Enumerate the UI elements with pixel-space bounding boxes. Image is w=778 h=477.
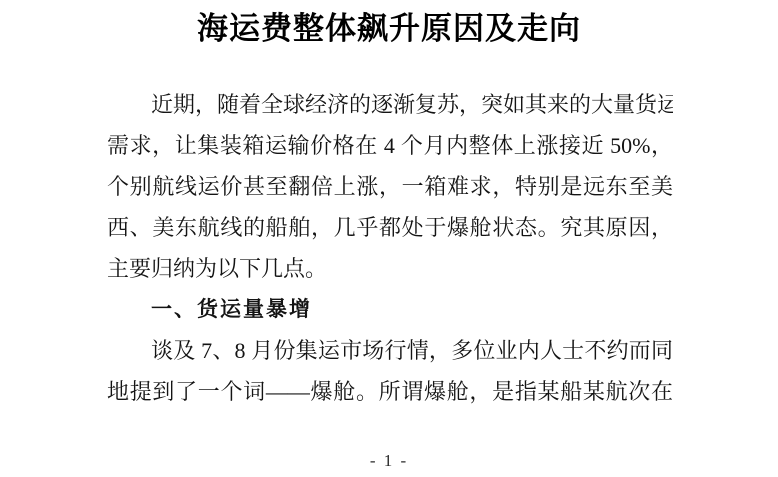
paragraph1-line5: 主要归纳为以下几点。 — [107, 248, 673, 289]
paragraph1-line2: 需求，让集装箱运输价格在 4 个月内整体上涨接近 50%， — [107, 125, 673, 166]
paragraph1-line1: 近期，随着全球经济的逐渐复苏，突如其来的大量货运 — [107, 84, 673, 125]
document-title: 海运费整体飙升原因及走向 — [0, 3, 778, 48]
paragraph1-line4: 西、美东航线的船舶，几乎都处于爆舱状态。究其原因， — [107, 207, 673, 248]
paragraph2-line1: 谈及 7、8 月份集运市场行情，多位业内人士不约而同 — [107, 330, 673, 371]
document-page: 海运费整体飙升原因及走向 近期，随着全球经济的逐渐复苏，突如其来的大量货运 需求… — [0, 0, 778, 477]
document-body: 近期，随着全球经济的逐渐复苏，突如其来的大量货运 需求，让集装箱运输价格在 4 … — [107, 84, 673, 412]
paragraph2-line2: 地提到了一个词——爆舱。所谓爆舱，是指某船某航次在 — [107, 371, 673, 412]
section-heading-1: 一、货运量暴增 — [107, 289, 673, 330]
paragraph1-line3: 个别航线运价甚至翻倍上涨，一箱难求，特别是远东至美 — [107, 166, 673, 207]
page-number: - 1 - — [0, 451, 778, 471]
